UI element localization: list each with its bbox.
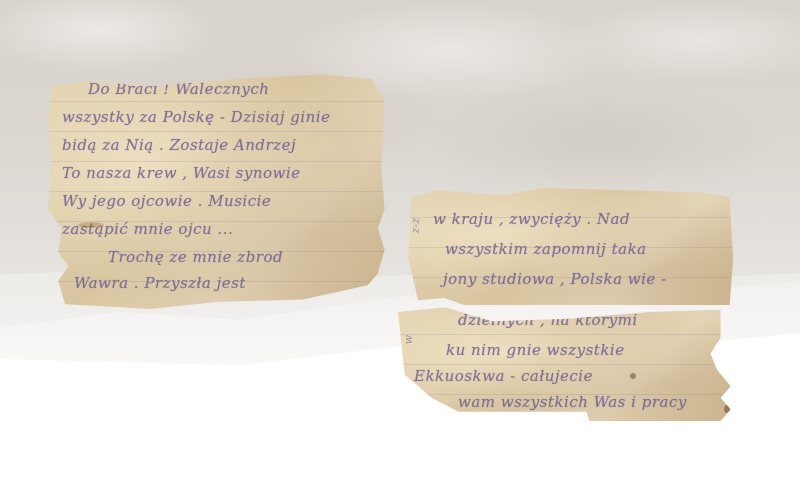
letter-fragment-left: Do Braci ! Walecznych wszystky za Polskę… bbox=[48, 72, 388, 309]
stain-mark bbox=[78, 222, 104, 228]
handwritten-line: Trochę ze mnie zbrod bbox=[48, 248, 388, 266]
handwritten-line: wszystky za Polskę - Dzisiaj ginie bbox=[48, 108, 388, 126]
handwritten-line: bidą za Nią . Zostaje Andrzej bbox=[48, 136, 388, 154]
handwritten-line: w kraju , zwycięży . Nad bbox=[405, 210, 733, 228]
handwritten-line: jony studiowa , Polska wie - bbox=[405, 270, 733, 288]
handwritten-line: To nasza krew , Wasi synowie bbox=[48, 164, 388, 182]
stain-mark bbox=[630, 373, 636, 379]
handwritten-line: Do Braci ! Walecznych bbox=[48, 80, 388, 98]
handwritten-line: wam wszystkich Was i pracy bbox=[398, 393, 734, 411]
handwritten-line: Wawra . Przyszła jest bbox=[48, 274, 388, 292]
handwritten-line: ku nim gnie wszystkie bbox=[398, 341, 734, 359]
handwritten-line: wszystkim zapomnij taka bbox=[405, 240, 733, 258]
handwritten-line: Ekkuoskwa - całujecie bbox=[398, 367, 734, 385]
letter-fragment-right-bottom: w dzielnych , na którymi ku nim gnie wsz… bbox=[398, 305, 734, 421]
stain-mark bbox=[724, 405, 730, 413]
handwritten-line: Wy jego ojcowie . Musicie bbox=[48, 192, 388, 210]
letter-fragment-right-top: z-z w kraju , zwycięży . Nad wszystkim z… bbox=[405, 188, 733, 305]
